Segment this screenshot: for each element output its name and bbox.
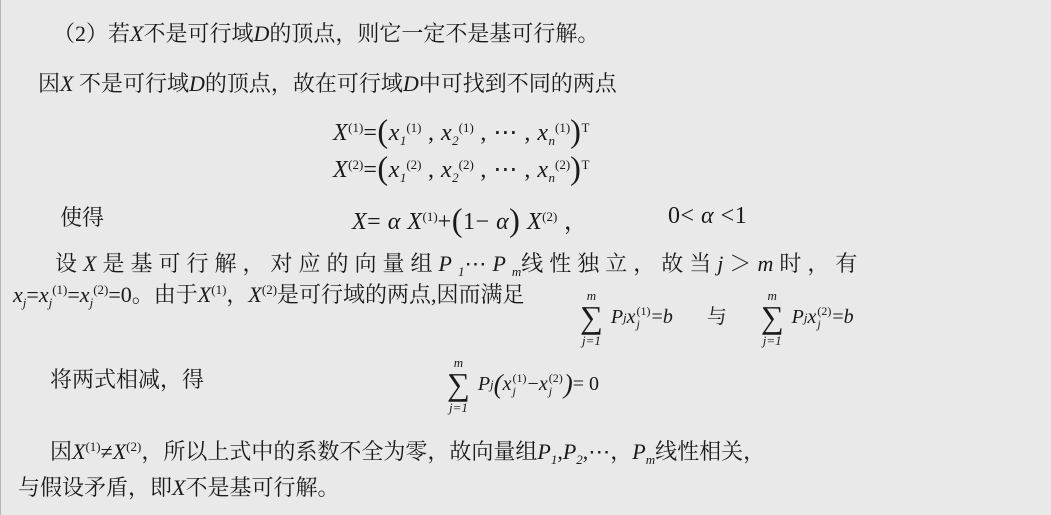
subtract-label: 将两式相减，得 (50, 366, 204, 394)
statement-line-2: （2）若X不是可行域D的顶点，则它一定不是基可行解。 (53, 20, 599, 48)
formula-convex-combination: X= α X(1)+(1− α) X(2) ， (352, 201, 588, 242)
conclusion-line: 与假设矛盾，即X不是基可行解。 (18, 474, 339, 502)
formula-sum-pair: m∑j=1Pjx(1)j = b与m∑j=1Pjx(2)j = b (580, 289, 854, 347)
shide-label: 使得 (60, 204, 104, 232)
paragraph-contradiction: 因X(1)≠X(2)，所以上式中的系数不全为零，故向量组P1,P2,⋯，Pm线性… (50, 438, 765, 468)
formula-x2-vector: X(2)=(x1(2) , x2(2) , ⋯ , xn(2))T (333, 149, 589, 190)
paragraph-xj-zero: xj=xj(1)=xj(2)=0。由于X(1)，X(2)是可行域的两点,因而满足 (13, 281, 525, 311)
formula-x1-vector: X(1)=(x1(1) , x2(1) , ⋯ , xn(1))T (333, 112, 589, 153)
formula-alpha-range: 0< α <1 (668, 201, 747, 231)
document-page: { "colors": { "background": "#e8e9e8", "… (0, 0, 1051, 515)
formula-sum-difference: m∑j=1Pj(x(1)j − x(2)j)= 0 (447, 356, 599, 414)
paragraph-assume-basic-feasible: 设X是基可行解，对应的向量组P1⋯Pm线性独立，故当j＞m时，有 (55, 250, 863, 280)
page-left-edge (0, 0, 1, 515)
proof-intro-line: 因X 不是可行域D的顶点，故在可行域D中可找到不同的两点 (38, 70, 617, 98)
